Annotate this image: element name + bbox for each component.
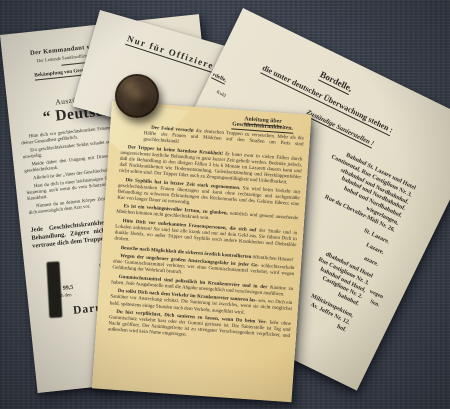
nur-fuer-offiziere-stamp: Nur für Offiziere: [125, 33, 215, 73]
photo-of-documents: Der Kommandant von Gross-Paris Der Leite…: [0, 0, 450, 409]
anleitung-body: Der Feind versucht die deutschen Truppen…: [108, 124, 304, 349]
leaflet-anleitung: Anleitung über Geschlechtskrankheiten. D…: [92, 101, 312, 402]
black-marker-bar: [46, 261, 62, 318]
bronze-coin: [115, 74, 159, 118]
anleitung-title: Anleitung über Geschlechtskrankheiten.: [214, 114, 311, 133]
coin-relief: [124, 84, 150, 106]
leaflet-left-number: 99,5: [63, 285, 74, 292]
fragment-sen: Sen.: [369, 299, 381, 309]
fragment-bordelle: rdelle,: [211, 72, 227, 85]
